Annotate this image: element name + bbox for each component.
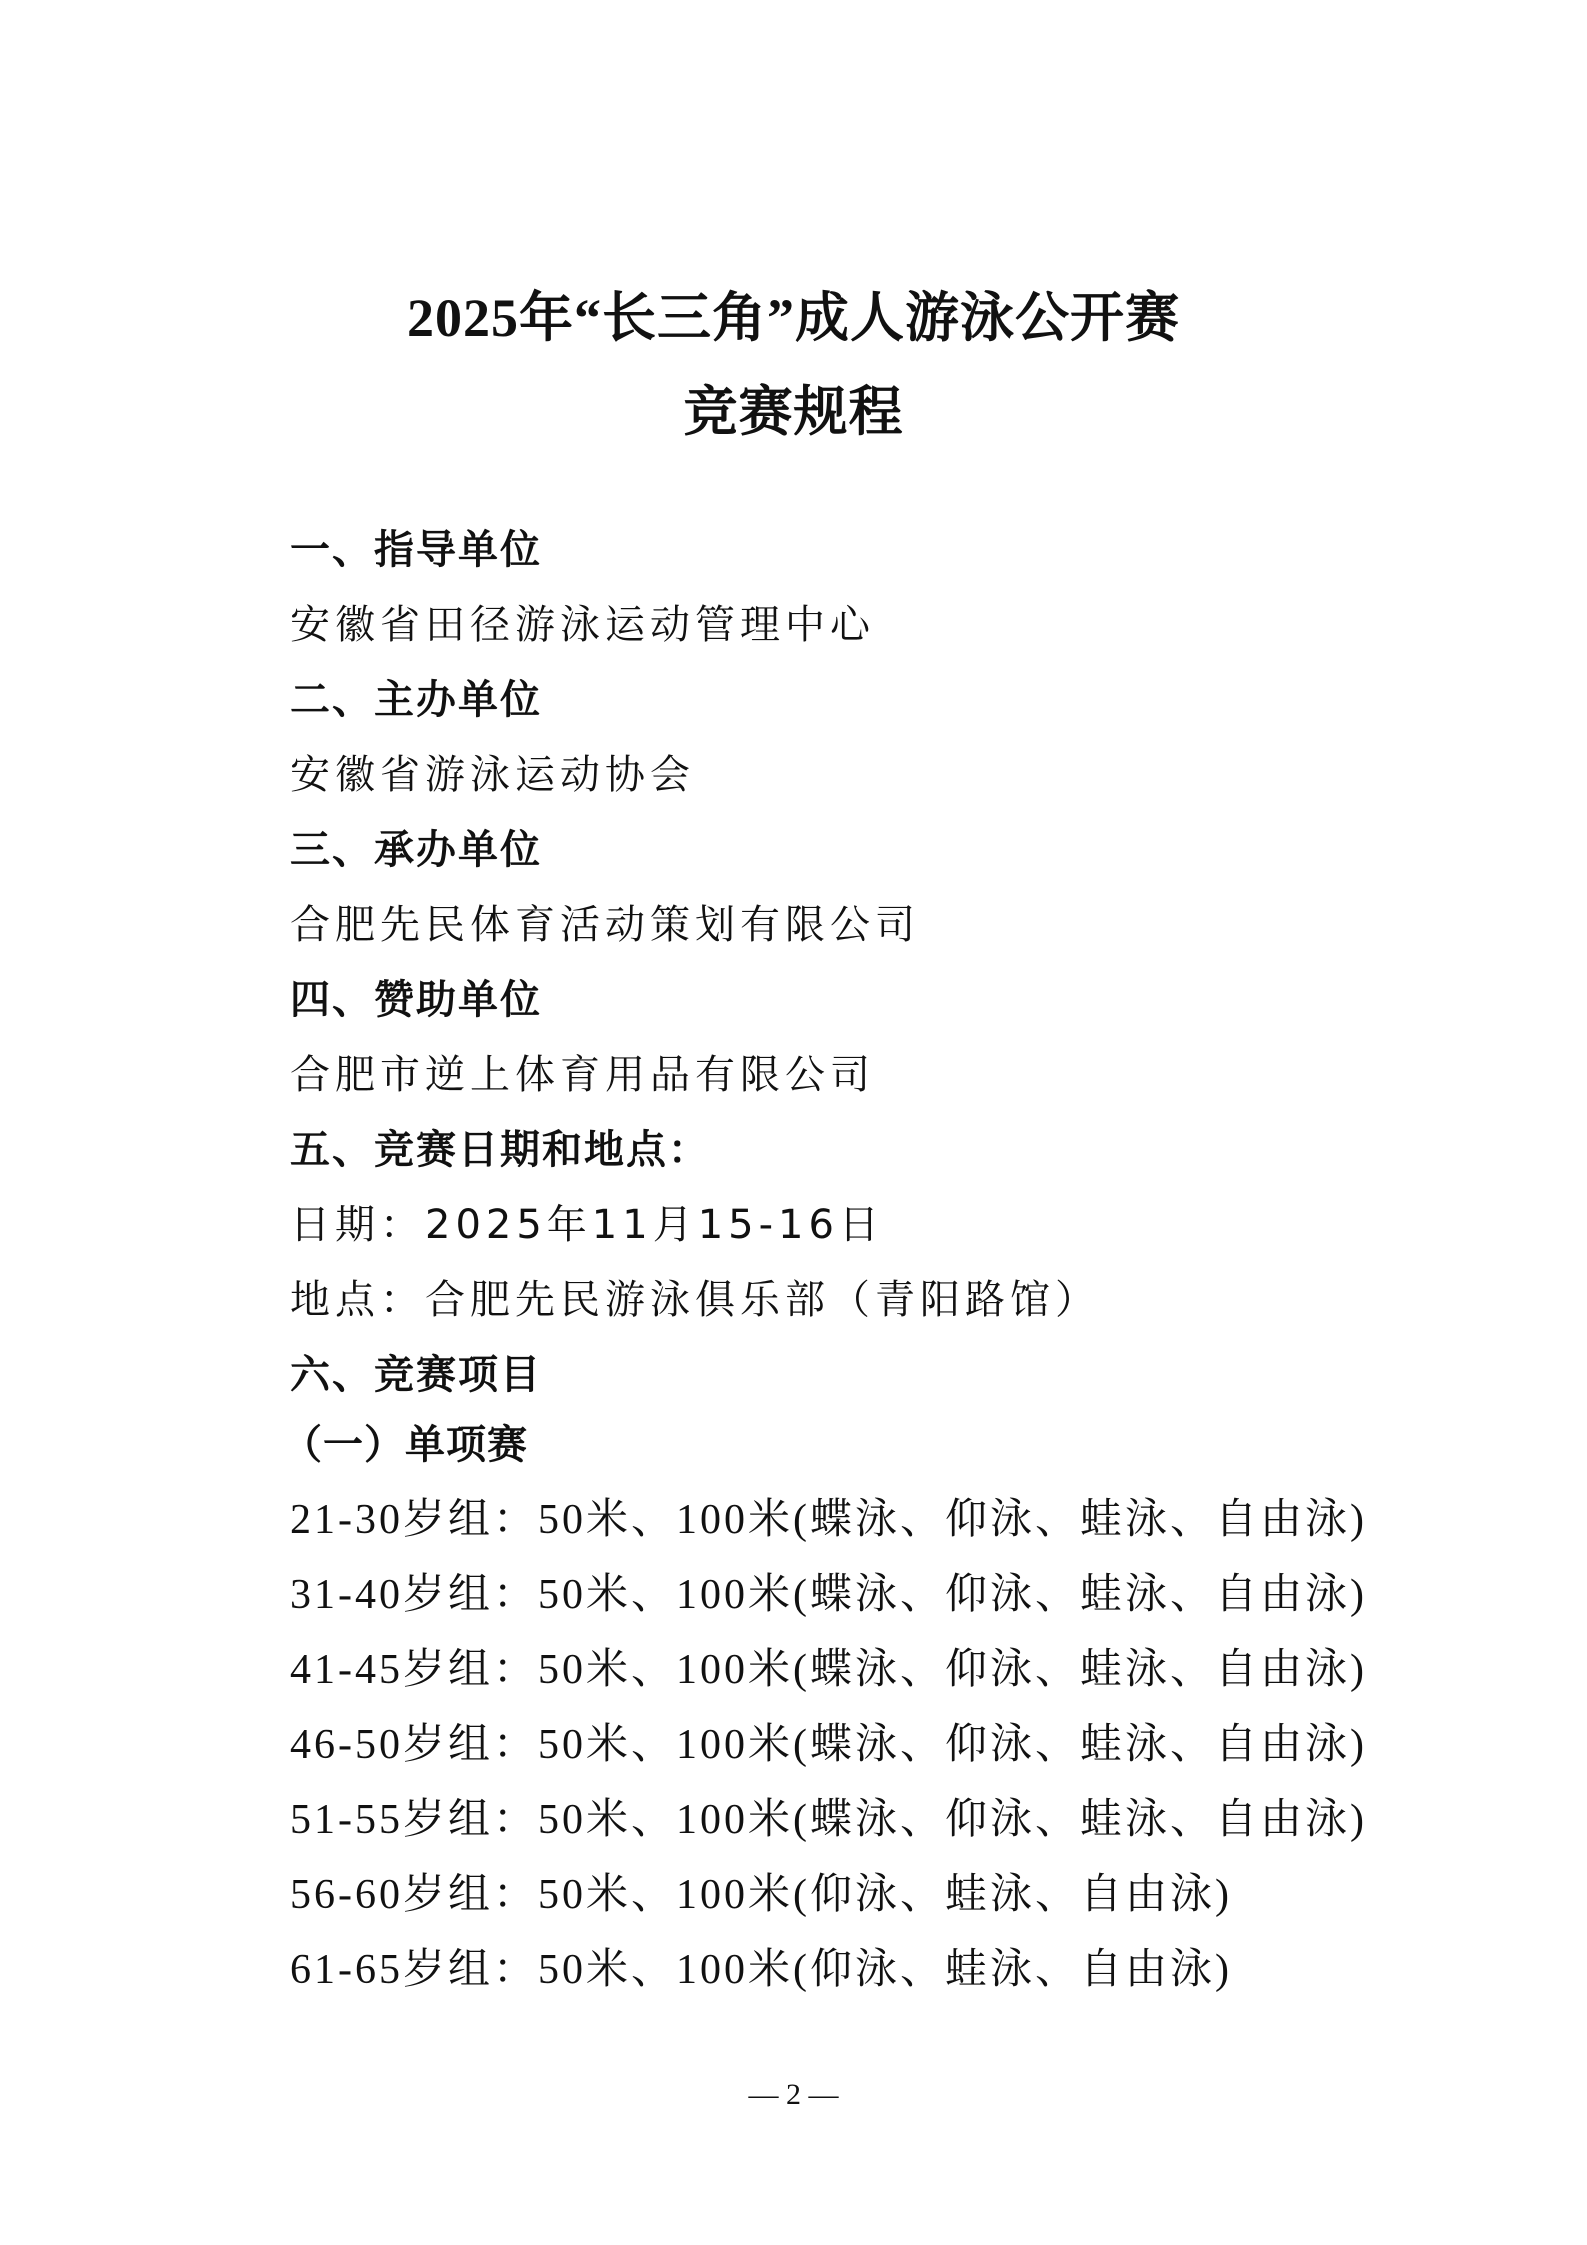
section-heading-events: 六、竞赛项目 <box>290 1350 542 1400</box>
subheading-individual-events: （一）单项赛 <box>282 1420 528 1470</box>
section-heading-guidance: 一、指导单位 <box>290 525 542 575</box>
document-title: 2025年“长三角”成人游泳公开赛 <box>0 288 1587 348</box>
section-body-guidance: 安徽省田径游泳运动管理中心 <box>290 600 875 650</box>
document-subtitle: 竞赛规程 <box>0 382 1587 442</box>
event-row: 21-30岁组：50米、100米(蝶泳、仰泳、蛙泳、自由泳) <box>290 1495 1367 1545</box>
competition-date: 日期：2025年11月15-16日 <box>290 1200 884 1250</box>
event-row: 41-45岁组：50米、100米(蝶泳、仰泳、蛙泳、自由泳) <box>290 1645 1367 1695</box>
event-row: 31-40岁组：50米、100米(蝶泳、仰泳、蛙泳、自由泳) <box>290 1570 1367 1620</box>
event-row: 61-65岁组：50米、100米(仰泳、蛙泳、自由泳) <box>290 1945 1232 1995</box>
section-heading-sponsor: 四、赞助单位 <box>290 975 542 1025</box>
section-heading-date-venue: 五、竞赛日期和地点： <box>290 1125 710 1175</box>
section-body-organizer: 合肥先民体育活动策划有限公司 <box>290 900 920 950</box>
competition-venue: 地点：合肥先民游泳俱乐部（青阳路馆） <box>290 1275 1100 1325</box>
section-body-sponsor: 合肥市逆上体育用品有限公司 <box>290 1050 875 1100</box>
section-heading-host: 二、主办单位 <box>290 675 542 725</box>
event-row: 56-60岁组：50米、100米(仰泳、蛙泳、自由泳) <box>290 1870 1232 1920</box>
page-number: — 2 — <box>0 2078 1587 2112</box>
event-row: 51-55岁组：50米、100米(蝶泳、仰泳、蛙泳、自由泳) <box>290 1795 1367 1845</box>
event-row: 46-50岁组：50米、100米(蝶泳、仰泳、蛙泳、自由泳) <box>290 1720 1367 1770</box>
section-body-host: 安徽省游泳运动协会 <box>290 750 695 800</box>
section-heading-organizer: 三、承办单位 <box>290 825 542 875</box>
